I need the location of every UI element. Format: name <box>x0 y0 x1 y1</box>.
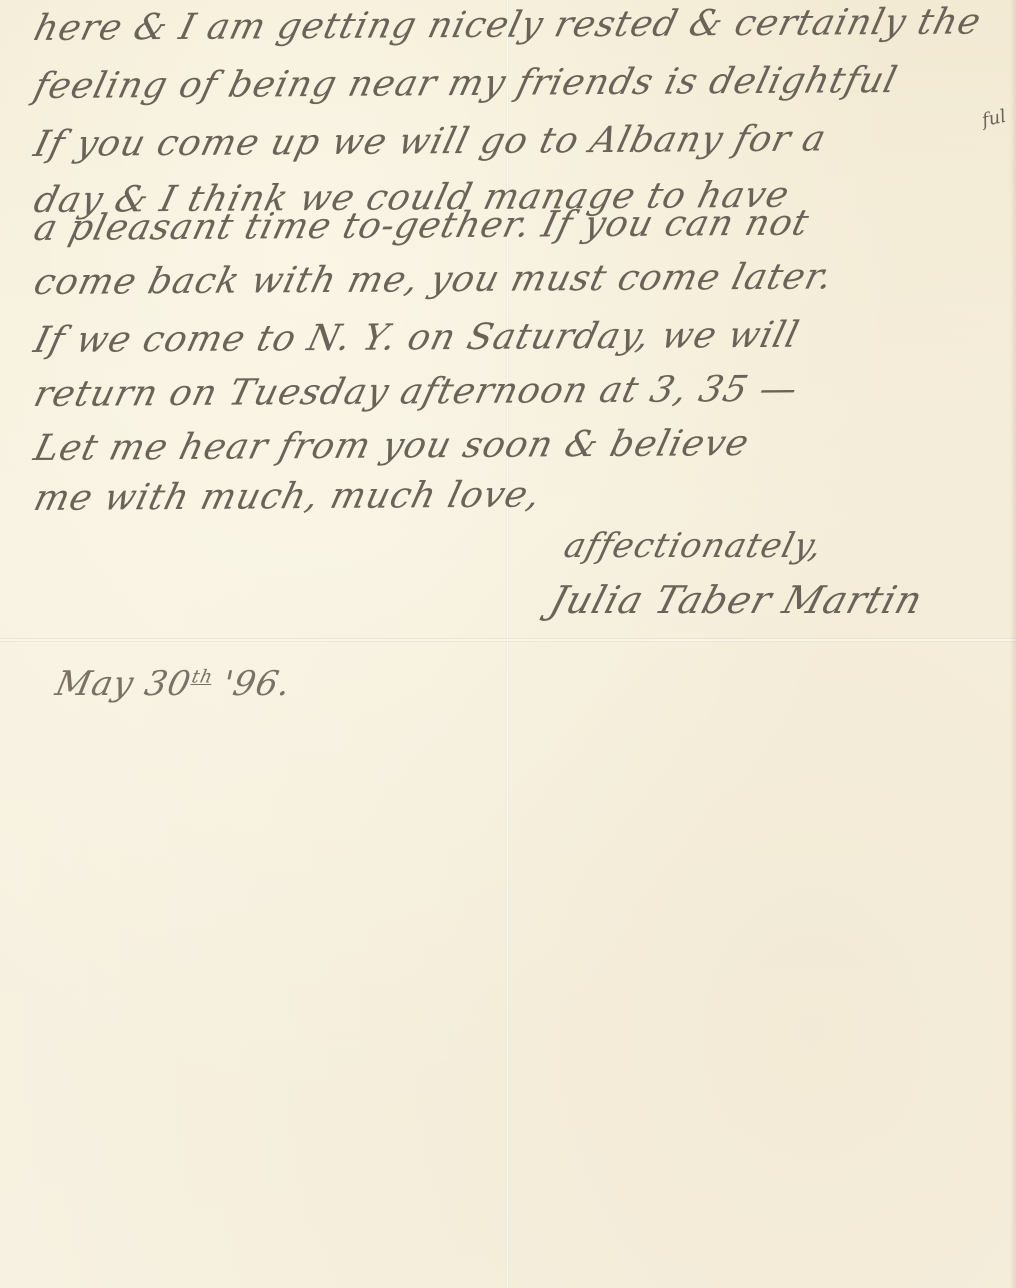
letter-line-8: return on Tuesday afternoon at 3, 35 — <box>30 369 802 415</box>
horizontal-fold-line <box>0 638 1016 642</box>
letter-line-7: If we come to N. Y. on Saturday, we will <box>30 315 803 361</box>
date-month-day: May 30 <box>52 664 195 704</box>
date-year: '96. <box>219 664 295 704</box>
page-edge <box>1010 0 1016 1288</box>
letter-signature: Julia Taber Martin <box>545 578 928 622</box>
letter-closing: affectionately, <box>560 526 827 566</box>
letter-date: May 30th '96. <box>52 664 295 704</box>
letter-line-5: a pleasant time to-gether. If you can no… <box>30 203 813 249</box>
letter-line-9: Let me hear from you soon & believe <box>30 423 753 469</box>
letter-line-3: If you come up we will go to Albany for … <box>30 118 831 165</box>
letter-line-1: here & I am getting nicely rested & cert… <box>30 1 985 49</box>
letter-line-10: me with much, much love, <box>30 474 545 519</box>
letter-line-2: feeling of being near my friends is deli… <box>30 60 902 107</box>
margin-continuation: ful <box>980 106 1008 132</box>
date-ordinal: th <box>190 667 215 688</box>
letter-line-6: come back with me, you must come later. <box>30 256 837 303</box>
letter-page: here & I am getting nicely rested & cert… <box>0 0 1016 1288</box>
